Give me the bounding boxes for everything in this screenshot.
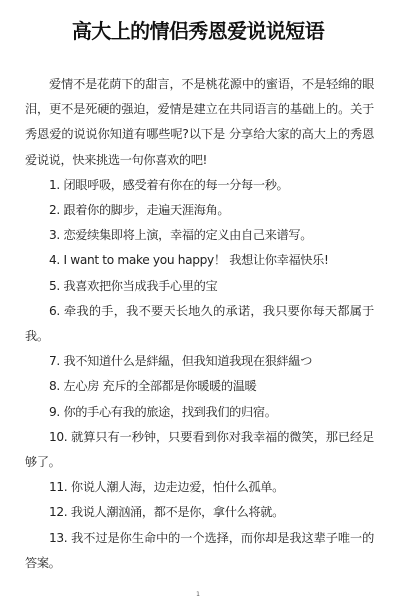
- list-item: 13. 我不过是你生命中的一个选择，而你却是我这辈子唯一的答案。: [25, 526, 374, 576]
- document-page: 高大上的情侣秀恩爱说说短语 爱情不是花荫下的甜言，不是桃花源中的蜜语，不是轻绵的…: [0, 0, 396, 602]
- list-item: 9. 你的手心有我的旅途，找到我们的归宿。: [25, 400, 374, 425]
- list-item: 2. 跟着你的脚步，走遍天涯海角。: [25, 198, 374, 223]
- page-number: 1: [0, 590, 396, 600]
- list-item: 8. 左心房 充斥的全部都是你暖暖的温暖: [25, 374, 374, 399]
- list-item: 3. 恋爱续集即将上演，幸福的定义由自己来谱写。: [25, 223, 374, 248]
- list-item: 1. 闭眼呼吸，感受着有你在的每一分每一秒。: [25, 173, 374, 198]
- list-item: 4. I want to make you happy！ 我想让你幸福快乐!: [25, 248, 374, 273]
- list-item: 7. 我不知道什么是絆緼，但我知道我现在狠絆緼つ: [25, 349, 374, 374]
- list-item: 10. 就算只有一秒钟，只要看到你对我幸福的微笑，那已经足够了。: [25, 425, 374, 475]
- document-title: 高大上的情侣秀恩爱说说短语: [0, 18, 396, 44]
- quote-list: 1. 闭眼呼吸，感受着有你在的每一分每一秒。 2. 跟着你的脚步，走遍天涯海角。…: [25, 173, 374, 576]
- intro-paragraph: 爱情不是花荫下的甜言，不是桃花源中的蜜语，不是轻绵的眼泪，更不是死硬的强迫，爱情…: [25, 72, 374, 173]
- document-body: 爱情不是花荫下的甜言，不是桃花源中的蜜语，不是轻绵的眼泪，更不是死硬的强迫，爱情…: [25, 72, 374, 576]
- list-item: 6. 牵我的手，我不要天长地久的承诺，我只要你每天都属于我。: [25, 299, 374, 349]
- list-item: 11. 你说人潮人海，边走边爱，怕什么孤单。: [25, 475, 374, 500]
- list-item: 12. 我说人潮汹涌，都不是你，拿什么将就。: [25, 500, 374, 525]
- list-item: 5. 我喜欢把你当成我手心里的宝: [25, 274, 374, 299]
